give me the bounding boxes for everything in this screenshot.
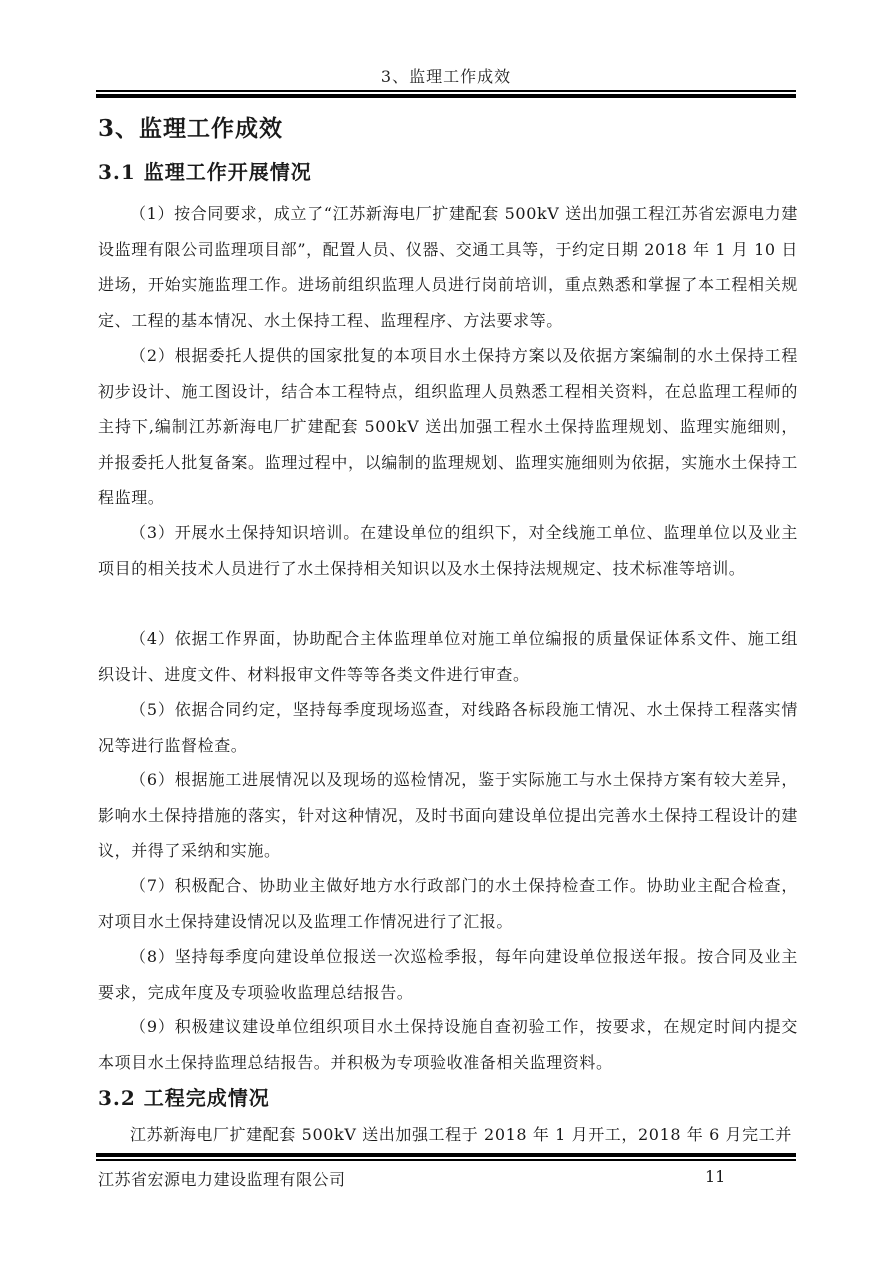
section-title: 3、监理工作成效	[98, 110, 283, 143]
running-header: 3、监理工作成效	[96, 64, 796, 87]
footer-company: 江苏省宏源电力建设监理有限公司	[98, 1167, 346, 1190]
paragraph-6: （6）根据施工进展情况以及现场的巡检情况，鉴于实际施工与水土保持方案有较大差异，…	[98, 762, 798, 869]
page-number: 11	[705, 1167, 725, 1186]
footer-rule-thick	[96, 1153, 796, 1157]
document-page: 3、监理工作成效 3、监理工作成效 3.1 监理工作开展情况 （1）按合同要求，…	[0, 0, 892, 1262]
footer-rule-thin	[96, 1159, 796, 1161]
footer-rule	[96, 1153, 796, 1161]
paragraph-2: （2）根据委托人提供的国家批复的本项目水土保持方案以及依据方案编制的水土保持工程…	[98, 338, 798, 516]
paragraph-10: 江苏新海电厂扩建配套 500kV 送出加强工程于 2018 年 1 月开工，20…	[98, 1117, 798, 1153]
subsection-title-3-2: 3.2 工程完成情况	[98, 1082, 270, 1111]
paragraph-5: （5）依据合同约定，坚持每季度现场巡查，对线路各标段施工情况、水土保持工程落实情…	[98, 692, 798, 763]
paragraph-1: （1）按合同要求，成立了“江苏新海电厂扩建配套 500kV 送出加强工程江苏省宏…	[98, 196, 798, 338]
paragraph-4: （4）依据工作界面，协助配合主体监理单位对施工单位编报的质量保证体系文件、施工组…	[98, 621, 798, 692]
paragraph-8: （8）坚持每季度向建设单位报送一次巡检季报，每年向建设单位报送年报。按合同及业主…	[98, 939, 798, 1010]
header-rule	[96, 90, 796, 99]
paragraph-9: （9）积极建议建设单位组织项目水土保持设施自查初验工作，按要求，在规定时间内提交…	[98, 1009, 798, 1080]
paragraph-7: （7）积极配合、协助业主做好地方水行政部门的水土保持检查工作。协助业主配合检查，…	[98, 868, 798, 939]
subsection-title-3-1: 3.1 监理工作开展情况	[98, 156, 312, 185]
paragraph-3: （3）开展水土保持知识培训。在建设单位的组织下，对全线施工单位、监理单位以及业主…	[98, 515, 798, 586]
